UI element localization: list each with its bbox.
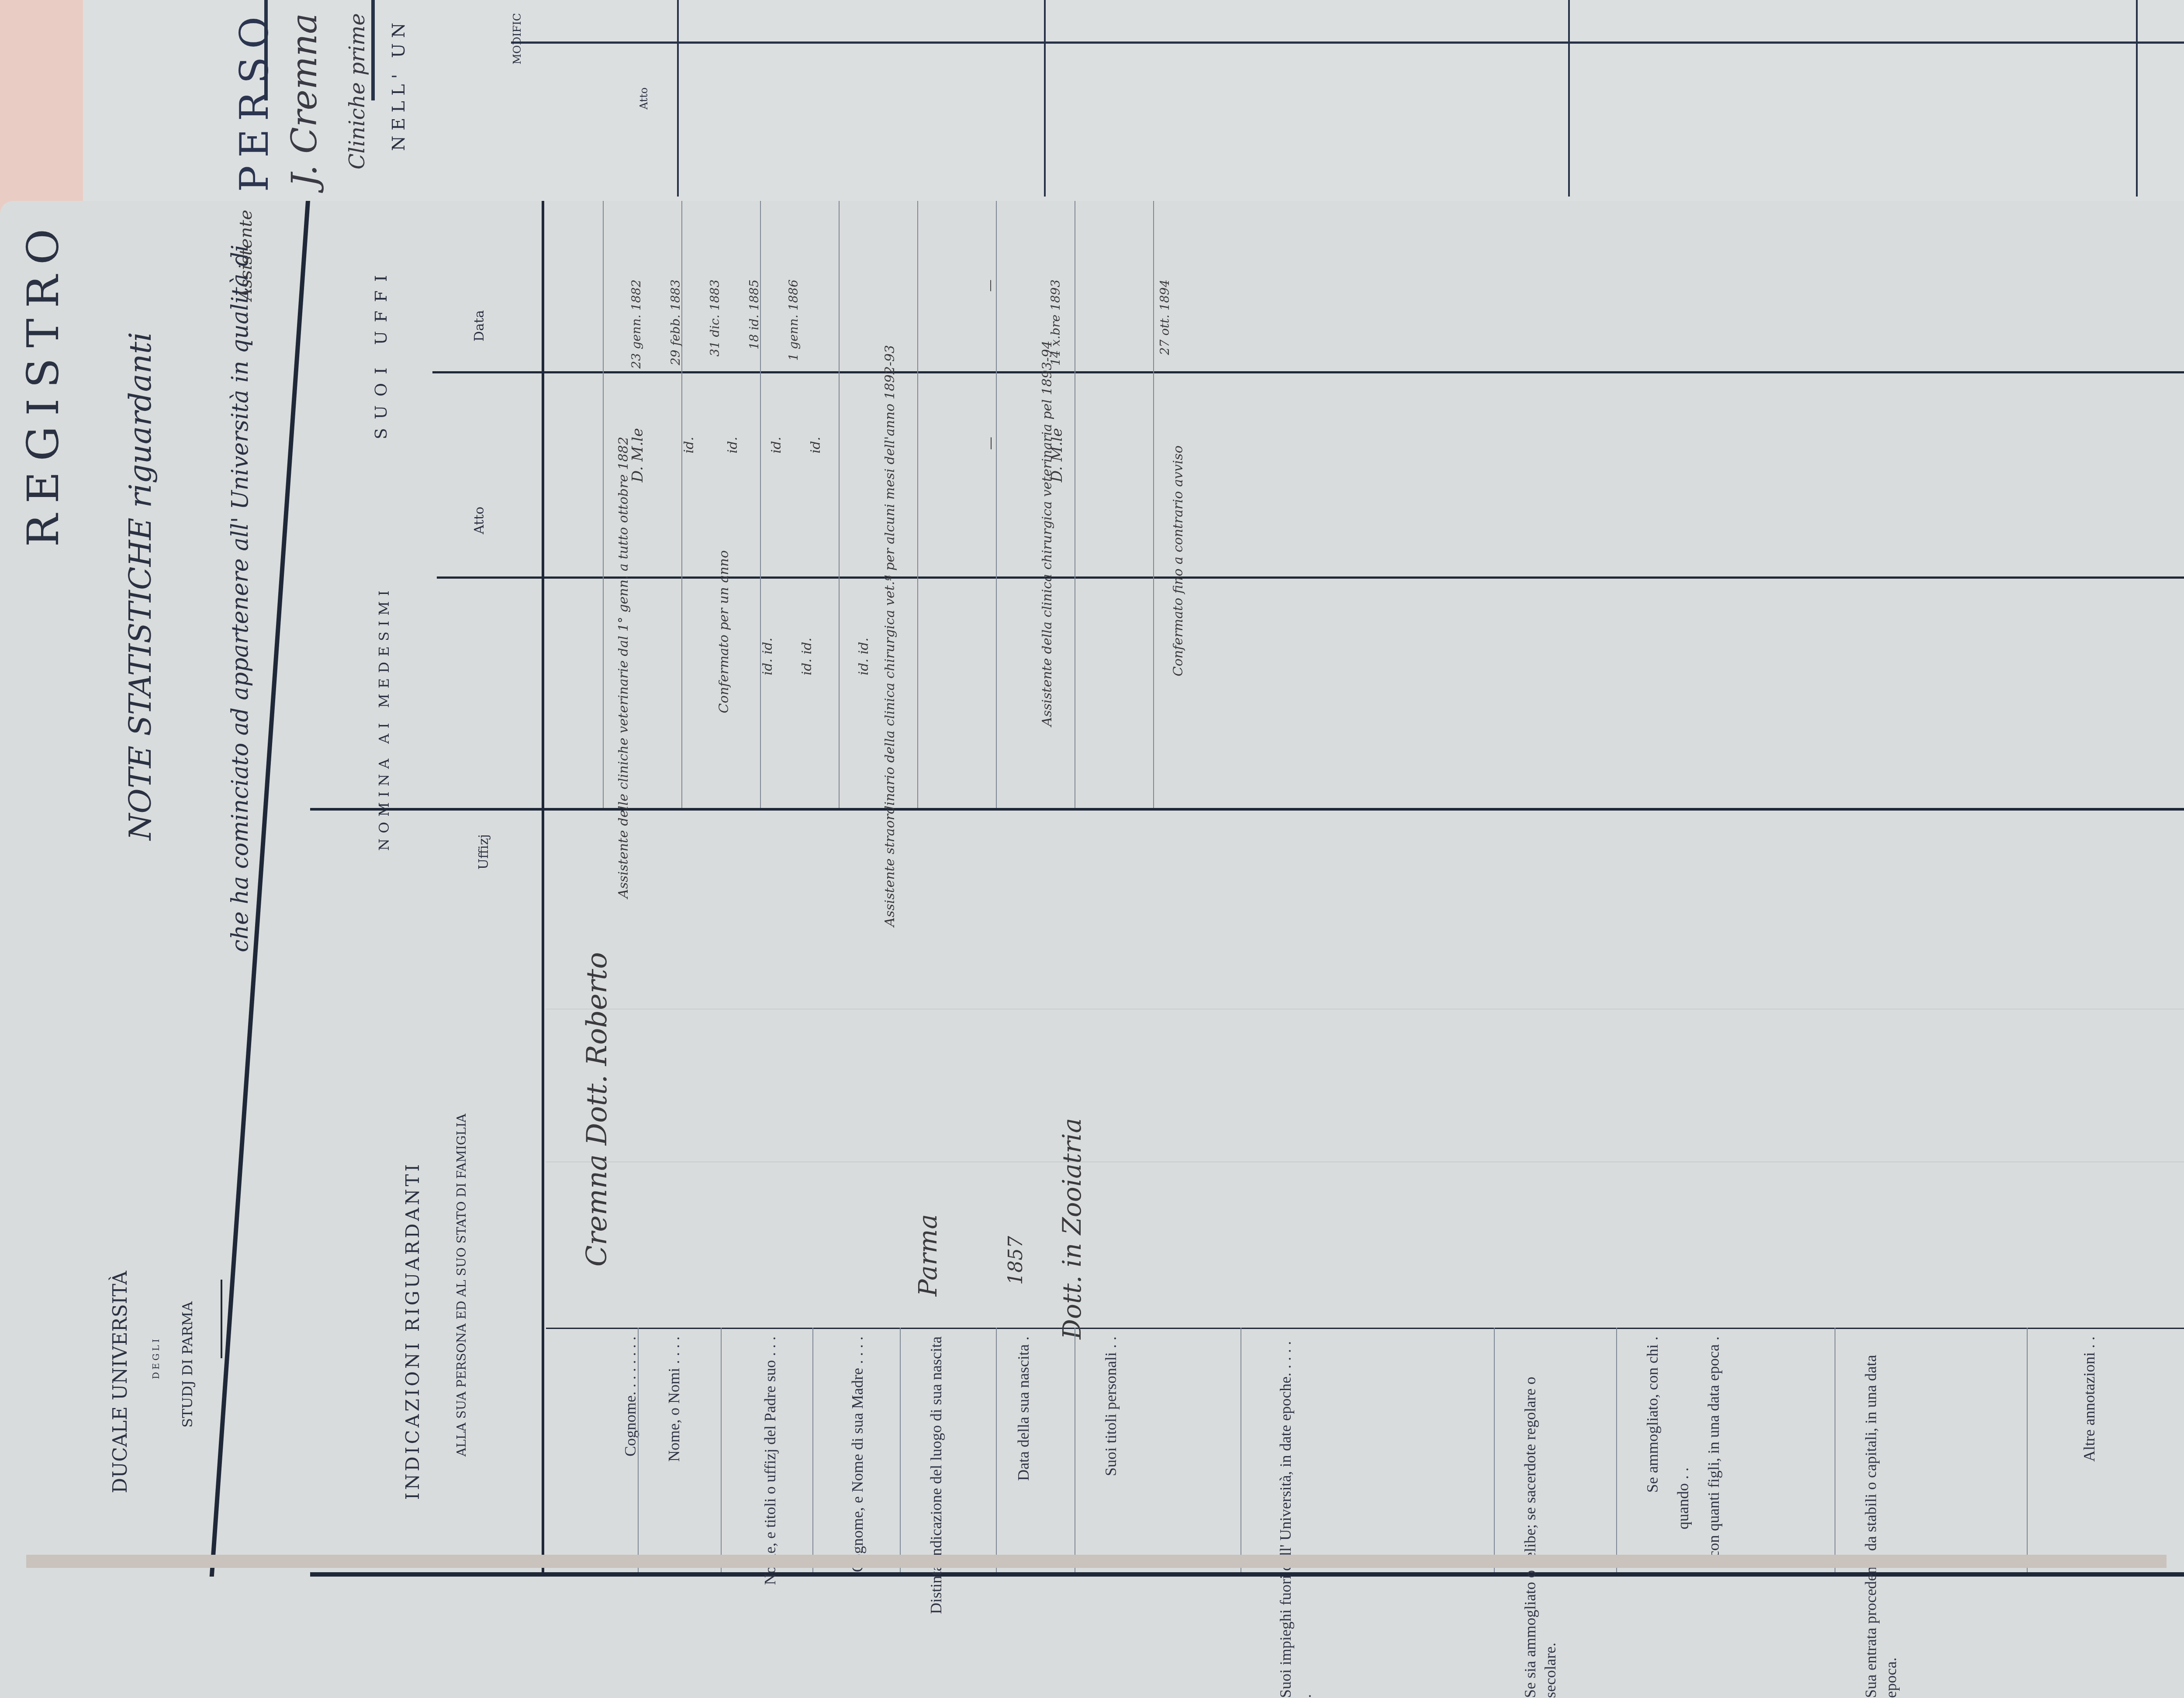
divider [1568, 0, 1570, 197]
frame-left [210, 201, 310, 1577]
row-label-annotazioni: Altre annotazioni . . [2079, 1336, 2099, 1462]
appointment-atto: id. [769, 437, 784, 453]
value-luogo-nascita: Parma [913, 1214, 943, 1296]
university-city: STUDJ DI PARMA [179, 1301, 196, 1428]
rule [812, 1328, 813, 1572]
subtitle-cominciato: che ha cominciato ad appartenere all' Un… [227, 245, 253, 952]
rule [721, 1328, 722, 1572]
appointment-atto: id. [681, 437, 697, 453]
appointment-atto: id. [808, 437, 823, 453]
column-data: Data [472, 310, 487, 342]
label-value-divider [546, 1328, 2184, 1329]
rule [1241, 1328, 1241, 1572]
row-label-quando: quando . . [1673, 1467, 1693, 1529]
appointment-uffizj: id. id. [856, 638, 871, 675]
appointment-uffizj: Assistente della clinica chirurgica vete… [1040, 341, 1055, 726]
back-page-handwritten-name: J. Cremna [284, 13, 325, 187]
rule [2027, 1328, 2028, 1572]
rule [1616, 1328, 1617, 1572]
rule [1075, 201, 1075, 808]
back-page-handwritten-note: Cliniche prime [345, 13, 370, 169]
university-degli: DEGLI [151, 1336, 161, 1379]
register-page: DUCALE UNIVERSITÀ DEGLI STUDJ DI PARMA R… [0, 201, 2184, 1698]
column-uffizj: Uffizj [476, 834, 491, 870]
rule [900, 1328, 901, 1572]
appointment-data: — [983, 280, 997, 292]
value-titoli: Dott. in Zooiatria [1057, 1118, 1087, 1339]
register-title: REGISTRO [17, 218, 69, 547]
back-page: PERSO J. Cremna Cliniche prime NELL' UN … [83, 0, 2184, 205]
appointment-atto: — [983, 437, 998, 450]
rule [1075, 1328, 1075, 1572]
rule [603, 201, 604, 808]
divider [371, 0, 375, 100]
rule [996, 1328, 997, 1572]
divider [677, 0, 679, 197]
appointment-data: 14 x.bre 1893 [1048, 280, 1063, 366]
row-label-titoli: Suoi titoli personali . . [1101, 1336, 1121, 1476]
uffizj-divider [437, 576, 2184, 579]
appointment-atto: D. M.le [1048, 428, 1066, 482]
page-edge [26, 1555, 2167, 1568]
appointment-data: 31 dic. 1883 [708, 280, 722, 356]
row-label-figli: con quanti figli, in una data epoca . [1704, 1336, 1782, 1558]
rule [839, 201, 840, 808]
divider [1044, 0, 1046, 197]
appointment-data: 18 id. 1885 [747, 280, 761, 349]
section-suoi-uffizj: SUOI UFFI [371, 266, 390, 439]
appointment-uffizj: Confermato fino a contrario avviso [1171, 445, 1186, 676]
section-indicazioni-subtitle: ALLA SUA PERSONA ED AL SUO STATO DI FAMI… [454, 1114, 469, 1456]
rule [638, 1328, 639, 1572]
row-label-data-nascita: Data della sua nascita . [1013, 1336, 1033, 1481]
section-nomina-title: NOMINA AI MEDESIMI [376, 585, 392, 851]
row-label-nome: Nome, o Nomi . . . . [664, 1336, 684, 1462]
appointment-data: 29 febb. 1883 [668, 280, 683, 365]
row-label-madre: Cognome, e Nome di sua Madre . . . . [847, 1336, 887, 1572]
appointment-uffizj: Assistente delle cliniche veterinarie da… [616, 437, 631, 898]
header-divider [542, 201, 544, 1577]
subtitle-note-statistiche: NOTE STATISTICHE riguardanti [122, 332, 158, 840]
atto-divider [432, 371, 2184, 373]
back-page-sub-header: MODIFIC [511, 13, 523, 64]
appointment-uffizj: Confermato per un anno [716, 550, 732, 713]
appointment-uffizj: Assistente straordinario della clinica c… [882, 345, 898, 927]
rule [546, 1009, 2184, 1009]
rule [1835, 1328, 1835, 1572]
rule [917, 201, 918, 808]
appointment-uffizj: id. id. [799, 638, 815, 675]
column-atto: Atto [472, 507, 487, 534]
appointment-data: 1 genn. 1886 [786, 280, 801, 361]
back-page-title: PERSO [232, 9, 277, 192]
divider [264, 0, 268, 100]
row-label-stato-civile: Se sia ammogliato o celibe; se sacerdote… [1520, 1336, 1581, 1698]
appointment-data: 23 genn. 1882 [629, 280, 643, 369]
appointment-data: 27 ott. 1894 [1158, 280, 1172, 355]
rule [996, 201, 997, 808]
appointment-atto: D. M.le [629, 428, 646, 482]
divider [2136, 0, 2138, 197]
row-label-impieghi: Suoi impieghi fuori dell' Università, in… [1275, 1336, 1337, 1698]
rule [546, 1162, 2184, 1162]
value-data-nascita: 1857 [1005, 1236, 1027, 1285]
university-name: DUCALE UNIVERSITÀ [109, 1271, 131, 1493]
ornament-rule [221, 1280, 222, 1358]
appointment-uffizj: id. id. [760, 638, 775, 675]
row-label-luogo-nascita: Distinta indicazione del luogo di sua na… [926, 1336, 965, 1614]
rule [1153, 201, 1154, 808]
subtitle-handwritten-role: Assistente [236, 210, 256, 301]
section-indicazioni-title: INDICAZIONI RIGUARDANTI [402, 1162, 423, 1500]
back-page-atto: Atto [638, 87, 650, 110]
divider [511, 41, 2184, 44]
row-label-padre: Nome, e titoli o uffizj del Padre suo . … [760, 1336, 799, 1585]
section-divider [310, 808, 2184, 811]
rule [1494, 1328, 1495, 1572]
row-label-con-chi: Se ammogliato, con chi . [1642, 1336, 1662, 1493]
value-cognome: Cremna Dott. Roberto [581, 952, 613, 1267]
back-page-column-header: NELL' UN [389, 17, 409, 151]
appointment-atto: id. [725, 437, 740, 453]
row-label-entrata: Sua entrata procedente da stabili o capi… [1861, 1336, 1922, 1698]
